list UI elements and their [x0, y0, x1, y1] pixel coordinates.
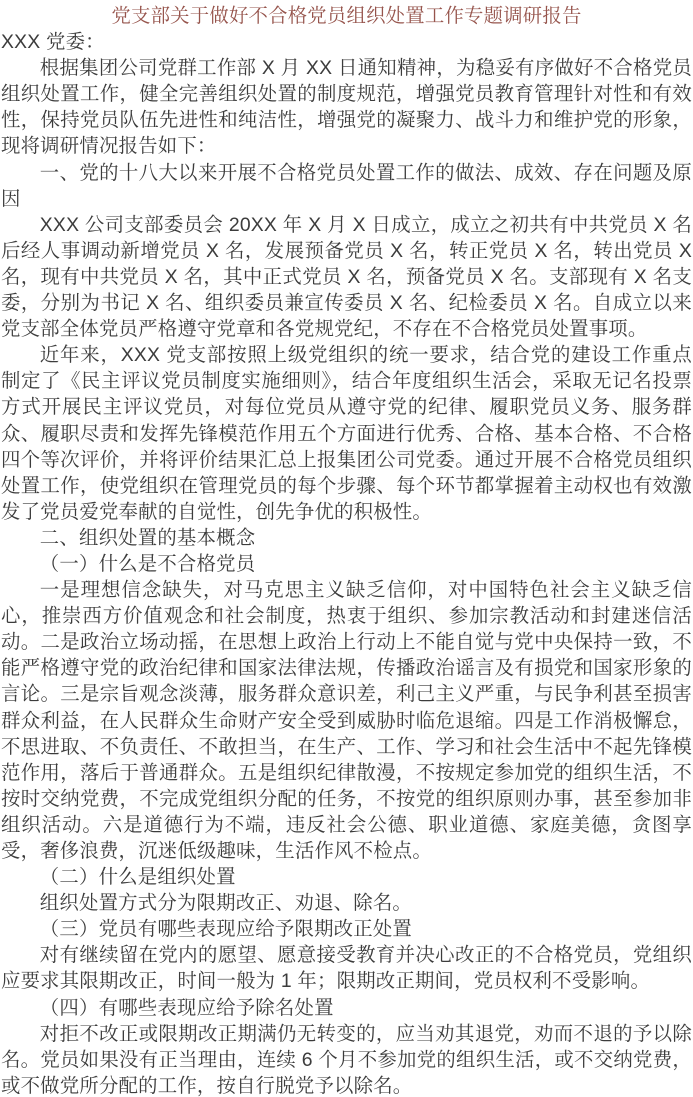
paragraph-recent-practice: 近年来，XXX 党支部按照上级党组织的统一要求，结合党的建设工作重点制定了《民主… — [1, 342, 692, 525]
section-heading-2: 二、组织处置的基本概念 — [1, 525, 692, 551]
paragraph-intro: 根据集团公司党群工作部 X 月 XX 日通知精神，为稳妥有序做好不合格党员组织处… — [1, 55, 692, 159]
paragraph-unqualified-definition: 一是理想信念缺失，对马克思主义缺乏信仰，对中国特色社会主义缺乏信心，推崇西方价值… — [1, 577, 692, 864]
document-page: 党支部关于做好不合格党员组织处置工作专题调研报告 XXX 党委： 根据集团公司党… — [0, 0, 693, 1097]
salutation-line: XXX 党委： — [1, 29, 692, 55]
report-title: 党支部关于做好不合格党员组织处置工作专题调研报告 — [1, 3, 692, 29]
subheading-2-3: （三）党员有哪些表现应给予限期改正处置 — [1, 916, 692, 942]
subheading-2-4: （四）有哪些表现应给予除名处置 — [1, 995, 692, 1021]
paragraph-rectification: 对有继续留在党内的愿望、愿意接受教育并决心改正的不合格党员，党组织应要求其限期改… — [1, 942, 692, 994]
paragraph-branch-overview: XXX 公司支部委员会 20XX 年 X 月 X 日成立，成立之初共有中共党员 … — [1, 212, 692, 342]
paragraph-disposal-types: 组织处置方式分为限期改正、劝退、除名。 — [1, 890, 692, 916]
paragraph-removal: 对拒不改正或限期改正期满仍无转变的，应当劝其退党，劝而不退的予以除名。党员如果没… — [1, 1021, 692, 1097]
subheading-2-2: （二）什么是组织处置 — [1, 864, 692, 890]
subheading-2-1: （一）什么是不合格党员 — [1, 551, 692, 577]
section-heading-1: 一、党的十八大以来开展不合格党员处置工作的做法、成效、存在问题及原因 — [1, 160, 692, 212]
